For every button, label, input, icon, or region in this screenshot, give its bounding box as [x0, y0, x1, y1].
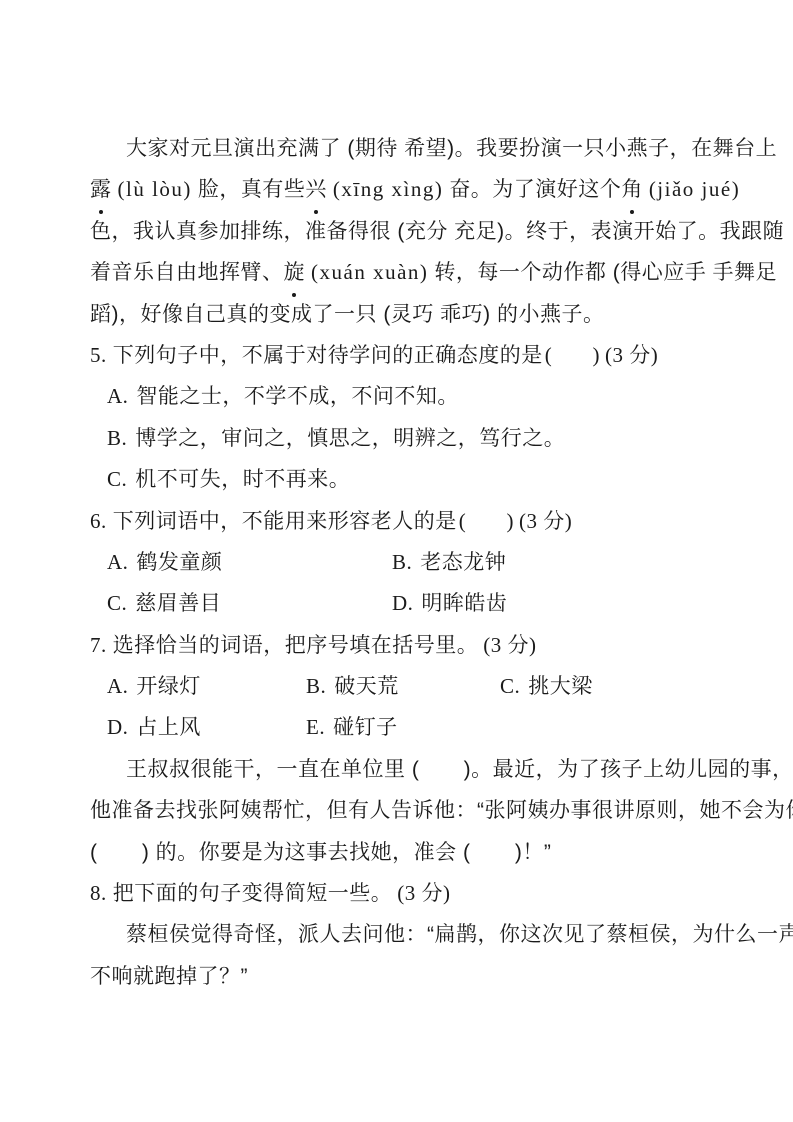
passage-text: 王叔叔很能干，一直在单位里 ( )。最近，为了孩子上幼儿园的事， [126, 758, 793, 781]
question-6-score: (3 分) [519, 509, 572, 533]
pinyin-annotation-jiao: (jiǎo jué) [649, 177, 740, 201]
question-8-stem: 8.把下面的句子变得简短一些。(3 分) [90, 873, 716, 914]
emphasized-char-lu: 露 [90, 169, 112, 210]
question-6-options-row-1: A.鹤发童颜 B.老态龙钟 [90, 542, 716, 583]
question-7-passage-line-3: ( ) 的。你要是为这事去找她，准会 ( )！” [90, 832, 716, 873]
option-letter: D. [392, 591, 413, 615]
option-text: 老态龙钟 [420, 551, 506, 574]
emphasized-char-xing: 兴 [305, 169, 327, 210]
question-8-passage-line-2: 不响就跑掉了？” [90, 956, 716, 997]
question-7-option-b: B.破天荒 [306, 666, 500, 707]
intro-text: 转，每一个动作都 (得心应手 手舞足 [434, 261, 777, 284]
intro-line-1: 大家对元旦演出充满了 (期待 希望)。我要扮演一只小燕子，在舞台上 [90, 128, 716, 169]
question-7-option-d: D.占上风 [107, 707, 306, 748]
option-letter: B. [306, 674, 326, 698]
intro-line-3: 色，我认真参加排练，准备得很 (充分 充足)。终于，表演开始了。我跟随 [90, 211, 716, 252]
option-letter: C. [500, 674, 520, 698]
option-letter: B. [107, 426, 127, 450]
question-7-number: 7. [90, 633, 107, 657]
intro-line-4: 着音乐自由地挥臂、旋(xuán xuàn)转，每一个动作都 (得心应手 手舞足 [90, 252, 716, 293]
question-8-text: 把下面的句子变得简短一些。 [113, 882, 393, 905]
intro-line-2: 露(lù lòu)脸，真有些兴(xīng xìng)奋。为了演好这个角(jiǎo… [90, 169, 716, 210]
question-6-text: 下列词语中，不能用来形容老人的是 [113, 510, 457, 533]
option-text: 机不可失，时不再来。 [135, 468, 350, 491]
question-7-option-a: A.开绿灯 [107, 666, 306, 707]
option-text: 慈眉善目 [135, 592, 221, 615]
passage-text: ( ) 的。你要是为这事去找她，准会 ( )！” [90, 841, 551, 864]
pinyin-annotation-xuan: (xuán xuàn) [311, 260, 428, 284]
option-letter: A. [107, 674, 128, 698]
option-letter: B. [392, 550, 412, 574]
question-6-option-b: B.老态龙钟 [392, 542, 506, 583]
question-8-passage-line-1: 蔡桓侯觉得奇怪，派人去问他：“扁鹊，你这次见了蔡桓侯，为什么一声 [90, 914, 716, 955]
question-8-score: (3 分) [397, 881, 450, 905]
question-5-stem: 5.下列句子中，不属于对待学问的正确态度的是( )(3 分) [90, 335, 716, 376]
intro-text: 大家对元旦演出充满了 (期待 希望)。我要扮演一只小燕子，在舞台上 [126, 137, 777, 160]
question-6-stem: 6.下列词语中，不能用来形容老人的是( )(3 分) [90, 501, 716, 542]
emphasized-char-xuan: 旋 [284, 252, 306, 293]
intro-text: 蹈)，好像自己真的变成了一只 (灵巧 乖巧) 的小燕子。 [90, 303, 604, 326]
question-7-passage-line-2: 他准备去找张阿姨帮忙，但有人告诉他：“张阿姨办事很讲原则，她不会为你 [90, 790, 716, 831]
option-text: 明眸皓齿 [421, 592, 507, 615]
option-letter: A. [107, 550, 128, 574]
question-6-option-a: A.鹤发童颜 [107, 542, 392, 583]
intro-text: 着音乐自由地挥臂、 [90, 261, 284, 284]
question-7-options-row-2: D.占上风 E.碰钉子 [90, 707, 716, 748]
question-5-option-c: C.机不可失，时不再来。 [90, 459, 716, 500]
question-5-text: 下列句子中，不属于对待学问的正确态度的是 [113, 344, 543, 367]
option-text: 博学之，审问之，慎思之，明辨之，笃行之。 [135, 427, 565, 450]
question-5-option-a: A.智能之士，不学不成，不问不知。 [90, 376, 716, 417]
intro-text: 色，我认真参加排练，准备得很 (充分 充足)。终于，表演开始了。我跟随 [90, 220, 784, 243]
worksheet-content: 大家对元旦演出充满了 (期待 希望)。我要扮演一只小燕子，在舞台上 露(lù l… [90, 128, 716, 997]
pinyin-annotation-xing: (xīng xìng) [333, 177, 443, 201]
question-7-stem: 7.选择恰当的词语，把序号填在括号里。(3 分) [90, 625, 716, 666]
question-7-text: 选择恰当的词语，把序号填在括号里。 [113, 634, 479, 657]
option-text: 开绿灯 [136, 675, 201, 698]
option-letter: A. [107, 384, 128, 408]
question-8-number: 8. [90, 881, 107, 905]
option-text: 占上风 [136, 716, 201, 739]
question-6-options-row-2: C.慈眉善目 D.明眸皓齿 [90, 583, 716, 624]
question-5-score: (3 分) [605, 343, 658, 367]
question-5-number: 5. [90, 343, 107, 367]
option-text: 挑大梁 [528, 675, 593, 698]
question-5-option-b: B.博学之，审问之，慎思之，明辨之，笃行之。 [90, 418, 716, 459]
option-letter: C. [107, 591, 127, 615]
question-7-passage-line-1: 王叔叔很能干，一直在单位里 ( )。最近，为了孩子上幼儿园的事， [90, 749, 716, 790]
intro-text: 奋。为了演好这个 [449, 178, 621, 201]
question-6-option-c: C.慈眉善目 [107, 583, 392, 624]
intro-text: 脸，真有些 [198, 178, 306, 201]
question-6-option-d: D.明眸皓齿 [392, 583, 507, 624]
option-letter: E. [306, 715, 325, 739]
passage-text: 蔡桓侯觉得奇怪，派人去问他：“扁鹊，你这次见了蔡桓侯，为什么一声 [126, 923, 793, 946]
question-6-number: 6. [90, 509, 107, 533]
option-letter: D. [107, 715, 128, 739]
question-7-option-c: C.挑大梁 [500, 666, 593, 707]
option-text: 碰钉子 [333, 716, 398, 739]
passage-text: 他准备去找张阿姨帮忙，但有人告诉他：“张阿姨办事很讲原则，她不会为你 [90, 799, 793, 822]
option-letter: C. [107, 467, 127, 491]
passage-text: 不响就跑掉了？” [90, 965, 248, 988]
question-7-options-row-1: A.开绿灯 B.破天荒 C.挑大梁 [90, 666, 716, 707]
option-text: 智能之士，不学不成，不问不知。 [136, 385, 459, 408]
option-text: 鹤发童颜 [136, 551, 222, 574]
answer-blank: ( ) [545, 343, 600, 367]
emphasized-char-jiao: 角 [621, 169, 643, 210]
pinyin-annotation-lu: (lù lòu) [118, 177, 192, 201]
question-7-score: (3 分) [483, 633, 536, 657]
answer-blank: ( ) [459, 509, 514, 533]
option-text: 破天荒 [334, 675, 399, 698]
question-7-option-e: E.碰钉子 [306, 707, 398, 748]
intro-line-5: 蹈)，好像自己真的变成了一只 (灵巧 乖巧) 的小燕子。 [90, 294, 716, 335]
